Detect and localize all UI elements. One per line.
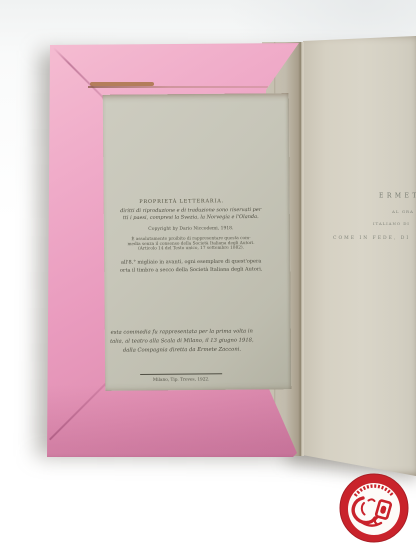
dedication-page: ERMET AL GRA ITALIANO DI COME IN FEDE, D… — [296, 36, 416, 476]
dedication-line: AL GRA — [392, 210, 414, 215]
performance-notice: È assolutamente proibito di rappresentar… — [103, 236, 282, 252]
cover-fold-crease-top-left — [53, 47, 107, 101]
stamp-paragraph: all'8.° migliaio in avanti, ogni esempla… — [103, 257, 283, 275]
book-listing-photo: ERMET AL GRA ITALIANO DI COME IN FEDE, D… — [0, 0, 416, 555]
copyright-line: Copyright by Dario Niccodemi, 1918. — [103, 225, 282, 232]
dedication-line: ERMET — [379, 192, 416, 199]
dedication-text: ERMET AL GRA ITALIANO DI COME IN FEDE, D… — [296, 36, 416, 476]
copyright-page-text: PROPRIETÀ LETTERARIA. diritti di riprodu… — [103, 93, 292, 391]
premiere-paragraph: esta commedia fu rappresentata per la pr… — [103, 326, 285, 355]
copyright-page: PROPRIETÀ LETTERARIA. diritti di riprodu… — [103, 93, 292, 391]
cover-fold-crease-bottom-left — [49, 381, 108, 440]
dedication-line: ITALIANO DI — [373, 222, 410, 227]
imprint-rule — [140, 373, 222, 375]
page-heading: PROPRIETÀ LETTERARIA. — [103, 198, 275, 205]
cover-flap-edge — [88, 86, 268, 88]
marketplace-logo-icon — [336, 470, 412, 546]
dedication-line: COME IN FEDE, DI — [333, 236, 410, 241]
rights-paragraph: diritti di riproduzione e di traduzione … — [103, 206, 282, 221]
imprint-line: Milano, Tip. Treves, 1922. — [125, 377, 237, 383]
cover-flap-torn-paper — [90, 82, 154, 86]
